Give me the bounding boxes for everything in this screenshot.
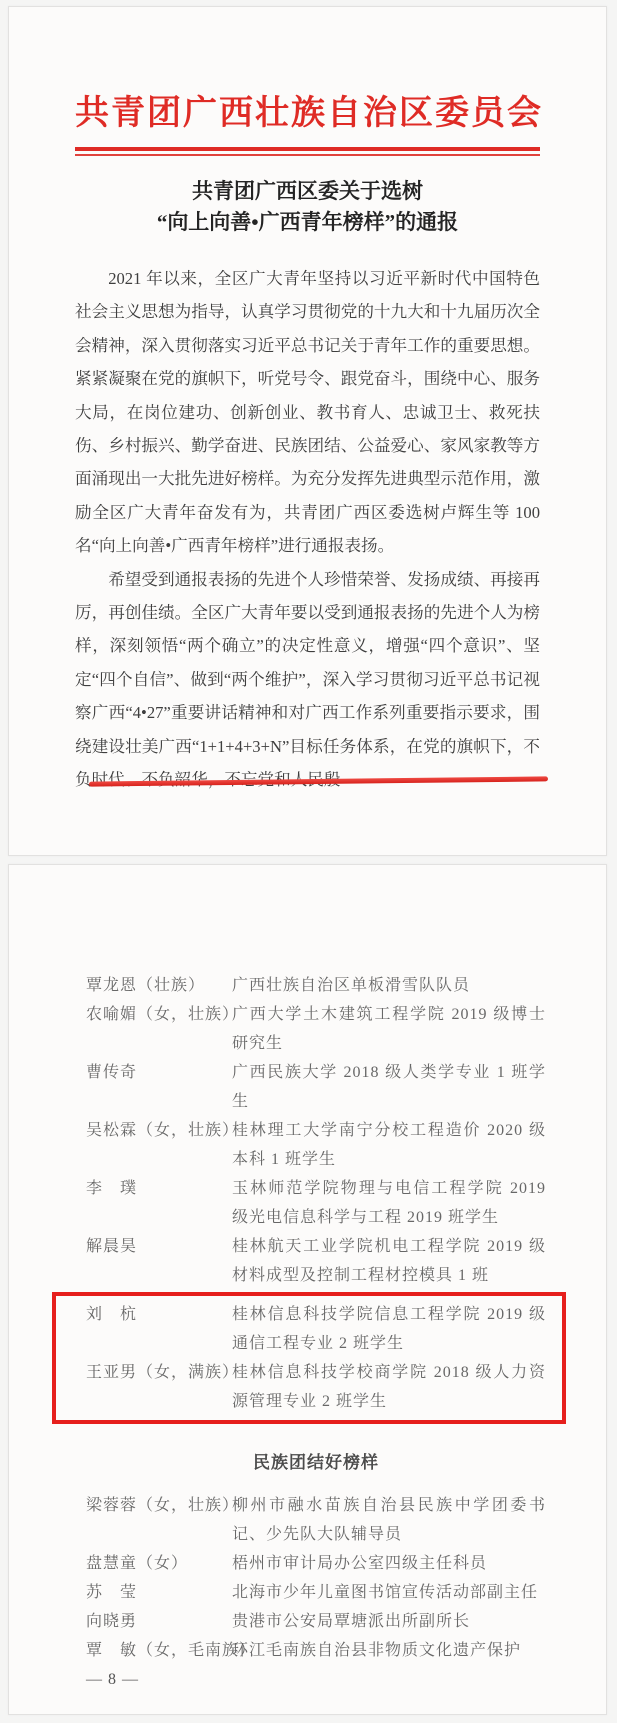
section-heading-ethnic-unity: 民族团结好榜样 (86, 1448, 546, 1473)
page-1-content: 共青团广西壮族自治区委员会 共青团广西区委关于选树 “向上向善•广西青年榜样”的… (9, 91, 606, 797)
person-name: 解晨昊 (86, 1232, 232, 1290)
letterhead-rule (75, 147, 540, 156)
document-title-line-2: “向上向善•广西青年榜样”的通报 (75, 207, 540, 238)
roster-row: 吴松霖（女，壮族） 桂林理工大学南宁分校工程造价 2020 级本科 1 班学生 (86, 1116, 546, 1174)
person-description: 广西壮族自治区单板滑雪队队员 (232, 971, 546, 1000)
person-name: 王亚男（女，满族） (86, 1358, 232, 1416)
person-description: 柳州市融水苗族自治县民族中学团委书记、少先队大队辅导员 (232, 1491, 546, 1549)
roster-row: 向晓勇 贵港市公安局覃塘派出所副所长 (86, 1607, 546, 1636)
person-name: 李 璞 (86, 1174, 232, 1232)
document-title-line-1: 共青团广西区委关于选树 (75, 176, 540, 207)
roster-row-highlighted: 王亚男（女，满族） 桂林信息科技学校商学院 2018 级人力资源管理专业 2 班… (86, 1358, 546, 1416)
person-description: 广西大学土木建筑工程学院 2019 级博士研究生 (232, 1000, 546, 1058)
person-description: 玉林师范学院物理与电信工程学院 2019 级光电信息科学与工程 2019 班学生 (232, 1174, 546, 1232)
page-number: — 8 — (86, 1671, 546, 1689)
roster-row: 苏 莹 北海市少年儿童图书馆宣传活动部副主任 (86, 1578, 546, 1607)
person-name: 覃 敏（女，毛南族） (86, 1636, 232, 1665)
person-name: 盘慧童（女） (86, 1549, 232, 1578)
person-description: 梧州市审计局办公室四级主任科员 (232, 1549, 546, 1578)
document-page-1: 共青团广西壮族自治区委员会 共青团广西区委关于选树 “向上向善•广西青年榜样”的… (8, 6, 607, 856)
roster-row: 农喻媚（女，壮族） 广西大学土木建筑工程学院 2019 级博士研究生 (86, 1000, 546, 1058)
person-description: 桂林理工大学南宁分校工程造价 2020 级本科 1 班学生 (232, 1116, 546, 1174)
person-name: 梁蓉蓉（女，壮族） (86, 1491, 232, 1549)
person-description: 桂林信息科技学院信息工程学院 2019 级通信工程专业 2 班学生 (232, 1300, 546, 1358)
roster-row: 梁蓉蓉（女，壮族） 柳州市融水苗族自治县民族中学团委书记、少先队大队辅导员 (86, 1491, 546, 1549)
roster-row: 李 璞 玉林师范学院物理与电信工程学院 2019 级光电信息科学与工程 2019… (86, 1174, 546, 1232)
document-title: 共青团广西区委关于选树 “向上向善•广西青年榜样”的通报 (75, 176, 540, 238)
person-name: 农喻媚（女，壮族） (86, 1000, 232, 1058)
person-description: 贵港市公安局覃塘派出所副所长 (232, 1607, 546, 1636)
person-name: 覃龙恩（壮族） (86, 971, 232, 1000)
person-description: 广西民族大学 2018 级人类学专业 1 班学生 (232, 1058, 546, 1116)
person-description: 桂林航天工业学院机电工程学院 2019 级材料成型及控制工程材控模具 1 班 (232, 1232, 546, 1290)
roster-row: 覃 敏（女，毛南族） 环江毛南族自治县非物质文化遗产保护 (86, 1636, 546, 1665)
person-name: 曹传奇 (86, 1058, 232, 1116)
person-name: 吴松霖（女，壮族） (86, 1116, 232, 1174)
roster-row-highlighted: 刘 杭 桂林信息科技学院信息工程学院 2019 级通信工程专业 2 班学生 (86, 1300, 546, 1358)
document-body: 2021 年以来，全区广大青年坚持以习近平新时代中国特色社会主义思想为指导，认真… (75, 262, 540, 797)
page-2-content: 覃龙恩（壮族） 广西壮族自治区单板滑雪队队员 农喻媚（女，壮族） 广西大学土木建… (9, 865, 606, 1689)
person-description: 环江毛南族自治县非物质文化遗产保护 (232, 1636, 546, 1665)
person-name: 刘 杭 (86, 1300, 232, 1358)
letterhead-title: 共青团广西壮族自治区委员会 (75, 91, 540, 137)
roster-row: 盘慧童（女） 梧州市审计局办公室四级主任科员 (86, 1549, 546, 1578)
person-name: 向晓勇 (86, 1607, 232, 1636)
person-description: 桂林信息科技学校商学院 2018 级人力资源管理专业 2 班学生 (232, 1358, 546, 1416)
roster-row: 解晨昊 桂林航天工业学院机电工程学院 2019 级材料成型及控制工程材控模具 1… (86, 1232, 546, 1290)
person-name: 苏 莹 (86, 1578, 232, 1607)
body-paragraph-2: 希望受到通报表扬的先进个人珍惜荣誉、发扬成绩、再接再厉，再创佳绩。全区广大青年要… (75, 563, 540, 797)
red-highlight-box: 刘 杭 桂林信息科技学院信息工程学院 2019 级通信工程专业 2 班学生 王亚… (52, 1292, 566, 1424)
roster-row: 曹传奇 广西民族大学 2018 级人类学专业 1 班学生 (86, 1058, 546, 1116)
body-paragraph-1: 2021 年以来，全区广大青年坚持以习近平新时代中国特色社会主义思想为指导，认真… (75, 262, 540, 563)
person-description: 北海市少年儿童图书馆宣传活动部副主任 (232, 1578, 546, 1607)
document-page-2: 覃龙恩（壮族） 广西壮族自治区单板滑雪队队员 农喻媚（女，壮族） 广西大学土木建… (8, 864, 607, 1715)
roster-row: 覃龙恩（壮族） 广西壮族自治区单板滑雪队队员 (86, 971, 546, 1000)
